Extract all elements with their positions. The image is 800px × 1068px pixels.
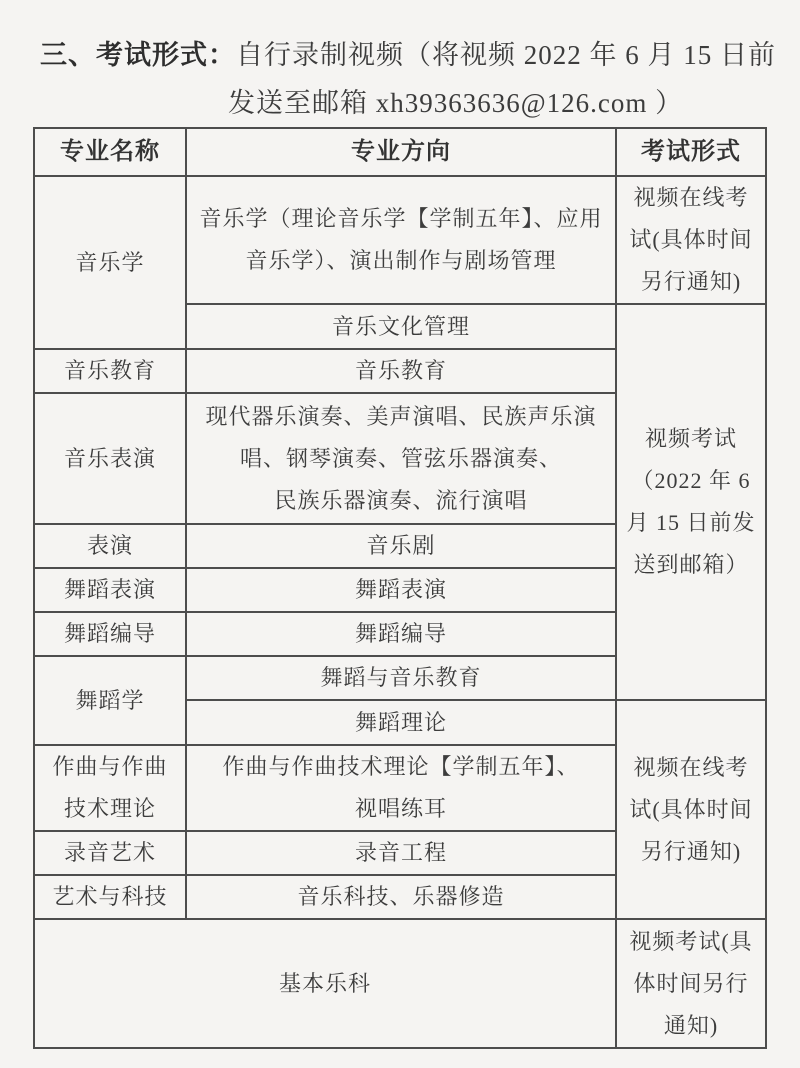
text-line: 现代器乐演奏、美声演唱、民族声乐演: [187, 396, 615, 438]
exam-format-table: 专业名称 专业方向 考试形式 音乐学 音乐学（理论音乐学【学制五年】、应用 音乐…: [33, 127, 767, 1049]
cell-major-dance-performance: 舞蹈表演: [34, 568, 186, 612]
document-page: 三、考试形式：自行录制视频（将视频 2022 年 6 月 15 日前 发送至邮箱…: [0, 0, 800, 1068]
cell-direction-recording-engineering: 录音工程: [186, 831, 616, 875]
header-major-name: 专业名称: [34, 128, 186, 176]
cell-direction-music-technology: 音乐科技、乐器修造: [186, 875, 616, 919]
text-line: 送到邮箱）: [617, 544, 765, 586]
section-title-text: 自行录制视频（将视频 2022 年 6 月 15 日前: [236, 40, 776, 70]
cell-major-dance-choreography: 舞蹈编导: [34, 612, 186, 656]
header-major-direction: 专业方向: [186, 128, 616, 176]
cell-direction-musical-theatre: 音乐剧: [186, 524, 616, 568]
cell-exam-video-notice: 视频考试(具 体时间另行 通知): [616, 919, 766, 1048]
cell-exam-online-notice-2: 视频在线考 试(具体时间 另行通知): [616, 700, 766, 919]
cell-direction-music-performance: 现代器乐演奏、美声演唱、民族声乐演 唱、钢琴演奏、管弦乐器演奏、 民族乐器演奏、…: [186, 393, 616, 524]
cell-direction-music-culture-management: 音乐文化管理: [186, 304, 616, 349]
cell-major-recording-arts: 录音艺术: [34, 831, 186, 875]
table-row: 音乐学 音乐学（理论音乐学【学制五年】、应用 音乐学）、演出制作与剧场管理 视频…: [34, 176, 766, 304]
cell-direction-dance-choreography: 舞蹈编导: [186, 612, 616, 656]
text-line: 唱、钢琴演奏、管弦乐器演奏、: [187, 438, 615, 480]
text-line: 月 15 日前发: [617, 502, 765, 544]
cell-direction-musicology: 音乐学（理论音乐学【学制五年】、应用 音乐学）、演出制作与剧场管理: [186, 176, 616, 304]
cell-exam-video-mail: 视频考试 （2022 年 6 月 15 日前发 送到邮箱）: [616, 304, 766, 700]
text-line: 视频考试: [617, 418, 765, 460]
text-line: 作曲与作曲技术理论【学制五年】、: [187, 746, 615, 788]
cell-direction-music-education: 音乐教育: [186, 349, 616, 393]
cell-direction-dance-performance: 舞蹈表演: [186, 568, 616, 612]
table-header-row: 专业名称 专业方向 考试形式: [34, 128, 766, 176]
text-line: 视频考试(具: [617, 921, 765, 963]
cell-major-performance: 表演: [34, 524, 186, 568]
cell-direction-composition: 作曲与作曲技术理论【学制五年】、 视唱练耳: [186, 745, 616, 831]
cell-direction-dance-music-education: 舞蹈与音乐教育: [186, 656, 616, 700]
text-line: 作曲与作曲: [35, 746, 185, 788]
cell-major-dance-studies: 舞蹈学: [34, 656, 186, 745]
cell-major-basic-music-course: 基本乐科: [34, 919, 616, 1048]
section-title-line2: 发送至邮箱 xh39363636@126.com ）: [228, 88, 683, 118]
text-line: 技术理论: [35, 788, 185, 830]
section-title: 三、考试形式：自行录制视频（将视频 2022 年 6 月 15 日前: [40, 40, 776, 70]
cell-major-musicology: 音乐学: [34, 176, 186, 349]
cell-major-music-education: 音乐教育: [34, 349, 186, 393]
text-line: （2022 年 6: [617, 460, 765, 502]
header-exam-format: 考试形式: [616, 128, 766, 176]
text-line: 试(具体时间: [617, 789, 765, 831]
cell-exam-online-notice-1: 视频在线考 试(具体时间 另行通知): [616, 176, 766, 304]
text-line: 音乐学（理论音乐学【学制五年】、应用: [187, 198, 615, 240]
text-line: 体时间另行: [617, 963, 765, 1005]
text-line: 民族乐器演奏、流行演唱: [187, 480, 615, 522]
text-line: 视唱练耳: [187, 788, 615, 830]
cell-major-composition: 作曲与作曲 技术理论: [34, 745, 186, 831]
text-line: 通知): [617, 1005, 765, 1047]
section-title-label: 三、考试形式：: [40, 40, 236, 70]
text-line: 视频在线考: [617, 177, 765, 219]
cell-major-arts-technology: 艺术与科技: [34, 875, 186, 919]
text-line: 试(具体时间: [617, 219, 765, 261]
table-row: 基本乐科 视频考试(具 体时间另行 通知): [34, 919, 766, 1048]
cell-major-music-performance: 音乐表演: [34, 393, 186, 524]
text-line: 另行通知): [617, 261, 765, 303]
text-line: 视频在线考: [617, 747, 765, 789]
text-line: 另行通知): [617, 831, 765, 873]
text-line: 音乐学）、演出制作与剧场管理: [187, 240, 615, 282]
cell-direction-dance-theory: 舞蹈理论: [186, 700, 616, 745]
